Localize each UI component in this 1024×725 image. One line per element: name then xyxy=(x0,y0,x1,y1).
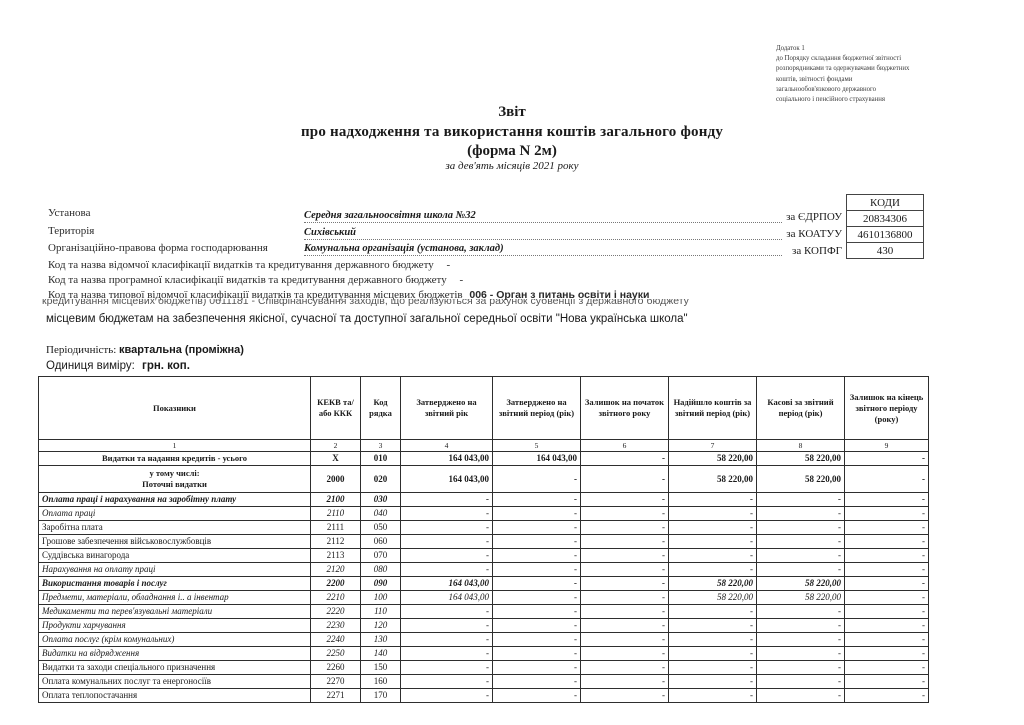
table-row: Оплата послуг (крім комунальних)2240130-… xyxy=(39,633,929,647)
row-kekv: 2270 xyxy=(311,675,361,689)
col-number: 2 xyxy=(311,440,361,452)
program-classification-row: Код та назва програмної класифікації вид… xyxy=(48,274,463,286)
dept-classification-row: Код та назва відомчої класифікації видат… xyxy=(48,259,450,271)
row-received: - xyxy=(669,675,757,689)
row-cash: - xyxy=(757,647,845,661)
row-code: 030 xyxy=(361,493,401,507)
row-balance-end: - xyxy=(845,493,929,507)
col-number: 4 xyxy=(401,440,493,452)
appendix-note: Додаток 1 до Порядку складання бюджетної… xyxy=(776,44,976,105)
col-number: 7 xyxy=(669,440,757,452)
row-name: Грошове забезпечення військовослужбовців xyxy=(39,535,311,549)
row-cash: - xyxy=(757,535,845,549)
row-balance-end: - xyxy=(845,591,929,605)
codes-header: КОДИ xyxy=(847,195,924,211)
row-approved-year: - xyxy=(401,647,493,661)
row-approved-year: - xyxy=(401,549,493,563)
col-number: 8 xyxy=(757,440,845,452)
table-header-row: Показники КЕКВ та/або ККК Код рядка Затв… xyxy=(39,377,929,440)
table-row: Грошове забезпечення військовослужбовців… xyxy=(39,535,929,549)
row-kekv: 2240 xyxy=(311,633,361,647)
row-code: 090 xyxy=(361,577,401,591)
periodicity-label: Періодичність: xyxy=(46,344,116,356)
header-received: Надійшло коштів за звітний період (рік) xyxy=(669,377,757,440)
table-row: Заробітна плата2111050------ xyxy=(39,521,929,535)
row-balance-start: - xyxy=(581,549,669,563)
row-kekv: 2250 xyxy=(311,647,361,661)
unit-row: Одиниця виміру: грн. коп. xyxy=(46,360,190,372)
row-code: 140 xyxy=(361,647,401,661)
row-approved-year: - xyxy=(401,493,493,507)
row-received: - xyxy=(669,535,757,549)
row-code: 070 xyxy=(361,549,401,563)
row-kekv: 2230 xyxy=(311,619,361,633)
row-received: - xyxy=(669,563,757,577)
report-period: за дев'ять місяців 2021 року xyxy=(0,160,1024,172)
row-code: 150 xyxy=(361,661,401,675)
row-cash: - xyxy=(757,689,845,703)
report-subtitle: про надходження та використання коштів з… xyxy=(0,124,1024,141)
row-approved-year: - xyxy=(401,507,493,521)
row-approved-year: - xyxy=(401,521,493,535)
table-row: Оплата праці2110040------ xyxy=(39,507,929,521)
row-code: 060 xyxy=(361,535,401,549)
row-approved-year: - xyxy=(401,675,493,689)
row-approved-year: - xyxy=(401,661,493,675)
row-name: Видатки та надання кредитів - усього xyxy=(39,452,311,466)
row-code: 100 xyxy=(361,591,401,605)
row-name: Видатки на відрядження xyxy=(39,647,311,661)
program-line: місцевим бюджетам на забезпечення якісно… xyxy=(46,313,688,325)
code-koatuu-label: за КОАТУУ xyxy=(762,228,842,240)
row-balance-end: - xyxy=(845,535,929,549)
row-balance-start: - xyxy=(581,633,669,647)
row-received: - xyxy=(669,619,757,633)
row-code: 110 xyxy=(361,605,401,619)
row-cash: - xyxy=(757,493,845,507)
table-row: Медикаменти та перев'язувальні матеріали… xyxy=(39,605,929,619)
row-balance-end: - xyxy=(845,605,929,619)
column-numbers-row: 1 2 3 4 5 6 7 8 9 xyxy=(39,440,929,452)
table-row: Оплата комунальних послуг та енергоносії… xyxy=(39,675,929,689)
row-received: - xyxy=(669,521,757,535)
row-kekv: 2112 xyxy=(311,535,361,549)
program-overlap-text: кредитування місцевих бюджетів) 0611181 … xyxy=(42,299,689,307)
row-balance-end: - xyxy=(845,507,929,521)
col-number: 3 xyxy=(361,440,401,452)
header-approved-year: Затверджено на звітний рік xyxy=(401,377,493,440)
row-balance-start: - xyxy=(581,466,669,493)
unit-label: Одиниця виміру: xyxy=(46,360,135,372)
row-balance-end: - xyxy=(845,661,929,675)
row-received: - xyxy=(669,647,757,661)
row-approved-period: - xyxy=(493,633,581,647)
row-approved-period: - xyxy=(493,507,581,521)
row-kekv: 2111 xyxy=(311,521,361,535)
row-approved-year: - xyxy=(401,535,493,549)
row-balance-start: - xyxy=(581,591,669,605)
header-kekv: КЕКВ та/або ККК xyxy=(311,377,361,440)
row-received: - xyxy=(669,493,757,507)
row-balance-start: - xyxy=(581,452,669,466)
row-balance-end: - xyxy=(845,689,929,703)
institution-label: Установа xyxy=(48,207,91,219)
appendix-line: до Порядку складання бюджетної звітності xyxy=(776,54,976,64)
row-code: 170 xyxy=(361,689,401,703)
row-code: 010 xyxy=(361,452,401,466)
appendix-line: загальнообов'язкового державного xyxy=(776,85,976,95)
row-approved-period: - xyxy=(493,535,581,549)
row-approved-year: - xyxy=(401,619,493,633)
row-approved-period: - xyxy=(493,577,581,591)
row-received: 58 220,00 xyxy=(669,591,757,605)
row-name: Видатки та заходи спеціального призначен… xyxy=(39,661,311,675)
row-cash: 58 220,00 xyxy=(757,591,845,605)
row-cash: 58 220,00 xyxy=(757,577,845,591)
row-code: 120 xyxy=(361,619,401,633)
org-form-label: Організаційно-правова форма господарюван… xyxy=(48,242,268,254)
row-cash: - xyxy=(757,605,845,619)
header-row-code: Код рядка xyxy=(361,377,401,440)
row-approved-year: 164 043,00 xyxy=(401,577,493,591)
row-approved-period: 164 043,00 xyxy=(493,452,581,466)
row-kekv: 2100 xyxy=(311,493,361,507)
row-cash: - xyxy=(757,521,845,535)
row-balance-end: - xyxy=(845,549,929,563)
row-cash: - xyxy=(757,549,845,563)
table-row: Використання товарів і послуг2200090164 … xyxy=(39,577,929,591)
row-approved-year: 164 043,00 xyxy=(401,452,493,466)
row-cash: 58 220,00 xyxy=(757,452,845,466)
row-cash: - xyxy=(757,507,845,521)
row-name: Оплата комунальних послуг та енергоносії… xyxy=(39,675,311,689)
row-approved-year: - xyxy=(401,605,493,619)
header-balance-start: Залишок на початок звітного року xyxy=(581,377,669,440)
table-row: Оплата теплопостачання2271170------ xyxy=(39,689,929,703)
row-cash: - xyxy=(757,563,845,577)
col-number: 9 xyxy=(845,440,929,452)
row-kekv: 2120 xyxy=(311,563,361,577)
row-received: - xyxy=(669,605,757,619)
row-name: Оплата праці xyxy=(39,507,311,521)
code-kopfg: 430 xyxy=(847,243,924,259)
row-balance-start: - xyxy=(581,507,669,521)
row-balance-start: - xyxy=(581,535,669,549)
row-balance-start: - xyxy=(581,605,669,619)
row-received: - xyxy=(669,661,757,675)
header-indicators: Показники xyxy=(39,377,311,440)
row-balance-start: - xyxy=(581,493,669,507)
code-koatuu: 4610136800 xyxy=(847,227,924,243)
row-name: Продукти харчування xyxy=(39,619,311,633)
row-balance-end: - xyxy=(845,452,929,466)
table-row: у тому числі: Поточні видатки2000020164 … xyxy=(39,466,929,493)
row-approved-year: 164 043,00 xyxy=(401,591,493,605)
row-name: Медикаменти та перев'язувальні матеріали xyxy=(39,605,311,619)
row-balance-start: - xyxy=(581,689,669,703)
row-cash: - xyxy=(757,619,845,633)
row-approved-period: - xyxy=(493,647,581,661)
row-code: 020 xyxy=(361,466,401,493)
territory-value: Сихівський xyxy=(304,227,782,240)
program-classification-label: Код та назва програмної класифікації вид… xyxy=(48,274,447,286)
row-approved-period: - xyxy=(493,521,581,535)
table-row: Продукти харчування2230120------ xyxy=(39,619,929,633)
code-edrpou-label: за ЄДРПОУ xyxy=(762,211,842,223)
table-row: Видатки на відрядження2250140------ xyxy=(39,647,929,661)
row-code: 080 xyxy=(361,563,401,577)
row-approved-period: - xyxy=(493,675,581,689)
row-balance-start: - xyxy=(581,521,669,535)
appendix-line: Додаток 1 xyxy=(776,44,976,54)
row-received: - xyxy=(669,549,757,563)
table-row: Предмети, матеріали, обладнання і.. а ін… xyxy=(39,591,929,605)
header-balance-end: Залишок на кінець звітного періоду (року… xyxy=(845,377,929,440)
row-approved-year: - xyxy=(401,689,493,703)
program-classification-value: - xyxy=(459,274,463,286)
row-balance-start: - xyxy=(581,675,669,689)
row-kekv: 2000 xyxy=(311,466,361,493)
row-kekv: X xyxy=(311,452,361,466)
row-kekv: 2210 xyxy=(311,591,361,605)
row-approved-period: - xyxy=(493,549,581,563)
col-number: 6 xyxy=(581,440,669,452)
appendix-line: коштів, звітності фондами xyxy=(776,75,976,85)
row-balance-end: - xyxy=(845,647,929,661)
row-approved-period: - xyxy=(493,493,581,507)
row-balance-end: - xyxy=(845,619,929,633)
row-approved-year: 164 043,00 xyxy=(401,466,493,493)
row-balance-end: - xyxy=(845,633,929,647)
row-approved-period: - xyxy=(493,591,581,605)
org-form-value: Комунальна організація (установа, заклад… xyxy=(304,243,782,256)
row-code: 130 xyxy=(361,633,401,647)
report-table: Показники КЕКВ та/або ККК Код рядка Затв… xyxy=(38,376,929,703)
row-name: Предмети, матеріали, обладнання і.. а ін… xyxy=(39,591,311,605)
row-code: 040 xyxy=(361,507,401,521)
row-name: Суддівська винагорода xyxy=(39,549,311,563)
row-received: 58 220,00 xyxy=(669,466,757,493)
row-name: Оплата послуг (крім комунальних) xyxy=(39,633,311,647)
table-row: Суддівська винагорода2113070------ xyxy=(39,549,929,563)
row-name: Заробітна плата xyxy=(39,521,311,535)
code-kopfg-label: за КОПФГ xyxy=(762,245,842,257)
periodicity-value: квартальна (проміжна) xyxy=(119,344,244,356)
row-cash: - xyxy=(757,661,845,675)
row-approved-period: - xyxy=(493,661,581,675)
report-form-number: (форма N 2м) xyxy=(0,143,1024,160)
row-balance-start: - xyxy=(581,577,669,591)
row-name: Оплата праці і нарахування на заробітну … xyxy=(39,493,311,507)
row-approved-period: - xyxy=(493,619,581,633)
row-received: - xyxy=(669,633,757,647)
report-title: Звіт xyxy=(0,104,1024,121)
row-kekv: 2113 xyxy=(311,549,361,563)
row-kekv: 2220 xyxy=(311,605,361,619)
row-received: 58 220,00 xyxy=(669,452,757,466)
row-kekv: 2200 xyxy=(311,577,361,591)
header-approved-period: Затверджено на звітний період (рік) xyxy=(493,377,581,440)
appendix-line: розпорядниками та одержувачами бюджетних xyxy=(776,64,976,74)
table-row: Видатки та заходи спеціального призначен… xyxy=(39,661,929,675)
col-number: 5 xyxy=(493,440,581,452)
dept-classification-value: - xyxy=(446,259,450,271)
row-balance-start: - xyxy=(581,661,669,675)
row-balance-end: - xyxy=(845,675,929,689)
col-number: 1 xyxy=(39,440,311,452)
codes-table: КОДИ 20834306 4610136800 430 xyxy=(846,194,924,259)
table-row: Оплата праці і нарахування на заробітну … xyxy=(39,493,929,507)
row-code: 160 xyxy=(361,675,401,689)
row-kekv: 2110 xyxy=(311,507,361,521)
row-balance-start: - xyxy=(581,563,669,577)
row-approved-period: - xyxy=(493,563,581,577)
row-approved-year: - xyxy=(401,563,493,577)
territory-label: Територія xyxy=(48,225,94,237)
row-kekv: 2260 xyxy=(311,661,361,675)
row-cash: - xyxy=(757,633,845,647)
row-code: 050 xyxy=(361,521,401,535)
row-balance-end: - xyxy=(845,521,929,535)
row-approved-year: - xyxy=(401,633,493,647)
row-received: - xyxy=(669,689,757,703)
row-balance-start: - xyxy=(581,647,669,661)
row-balance-end: - xyxy=(845,466,929,493)
row-approved-period: - xyxy=(493,466,581,493)
code-edrpou: 20834306 xyxy=(847,211,924,227)
row-name: у тому числі: Поточні видатки xyxy=(39,466,311,493)
unit-value: грн. коп. xyxy=(142,360,190,372)
row-cash: - xyxy=(757,675,845,689)
row-name: Оплата теплопостачання xyxy=(39,689,311,703)
header-cash: Касові за звітний період (рік) xyxy=(757,377,845,440)
institution-value: Середня загальноосвітня школа №32 xyxy=(304,210,782,223)
row-approved-period: - xyxy=(493,605,581,619)
row-balance-end: - xyxy=(845,577,929,591)
row-received: 58 220,00 xyxy=(669,577,757,591)
row-received: - xyxy=(669,507,757,521)
row-name: Використання товарів і послуг xyxy=(39,577,311,591)
row-kekv: 2271 xyxy=(311,689,361,703)
table-row: Нарахування на оплату праці2120080------ xyxy=(39,563,929,577)
row-balance-start: - xyxy=(581,619,669,633)
row-approved-period: - xyxy=(493,689,581,703)
row-name: Нарахування на оплату праці xyxy=(39,563,311,577)
row-cash: 58 220,00 xyxy=(757,466,845,493)
periodicity-row: Періодичність: квартальна (проміжна) xyxy=(46,344,244,356)
table-row: Видатки та надання кредитів - усьогоX010… xyxy=(39,452,929,466)
row-balance-end: - xyxy=(845,563,929,577)
dept-classification-label: Код та назва відомчої класифікації видат… xyxy=(48,259,434,271)
